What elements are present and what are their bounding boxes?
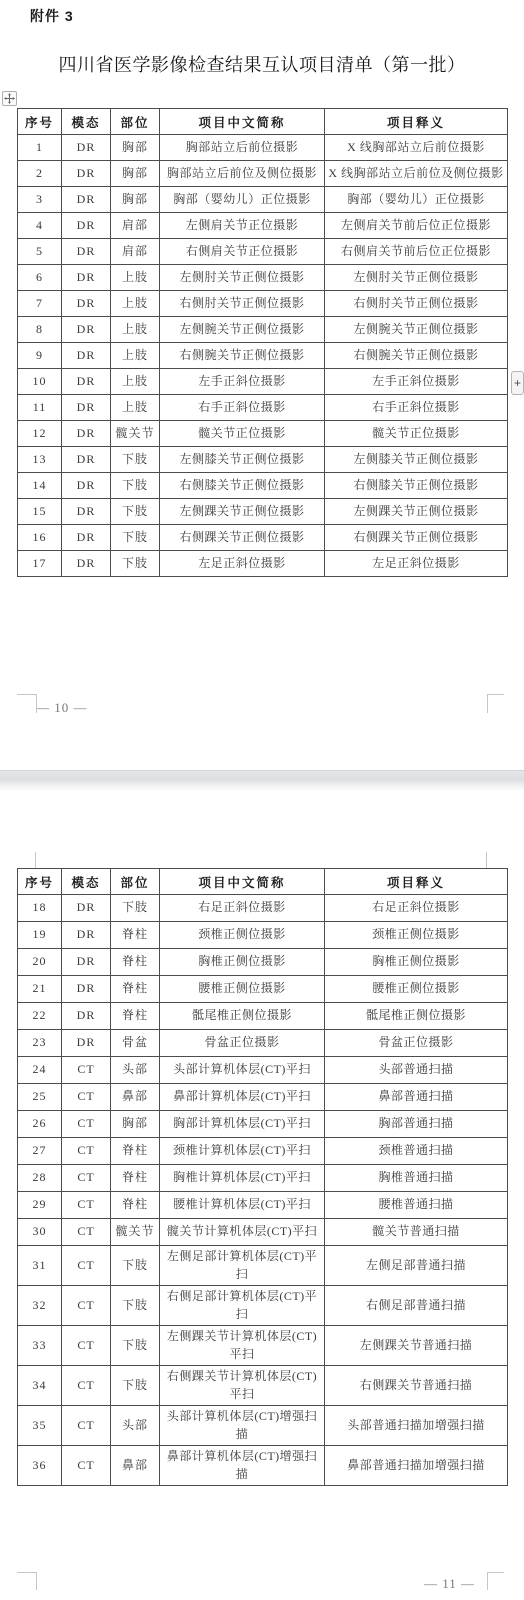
table-row: 33CT下肢左侧踝关节计算机体层(CT)平扫左侧踝关节普通扫描 bbox=[18, 1326, 508, 1366]
table-cell: 右侧腕关节正侧位摄影 bbox=[325, 343, 508, 369]
table-cell: 骨盆正位摄影 bbox=[325, 1030, 508, 1057]
table-cell: 鼻部计算机体层(CT)平扫 bbox=[160, 1084, 325, 1111]
table-row: 15DR下肢左侧踝关节正侧位摄影左侧踝关节正侧位摄影 bbox=[18, 499, 508, 525]
table-cell: 脊柱 bbox=[111, 1165, 160, 1192]
table-cell: 鼻部普通扫描加增强扫描 bbox=[325, 1446, 508, 1486]
table-cell: 右手正斜位摄影 bbox=[160, 395, 325, 421]
table-cell: DR bbox=[62, 976, 111, 1003]
table-cell: 腰椎正侧位摄影 bbox=[325, 976, 508, 1003]
column-header-bodypart: 部位 bbox=[111, 109, 160, 135]
table-cell: 鼻部普通扫描 bbox=[325, 1084, 508, 1111]
table-cell: 24 bbox=[18, 1057, 62, 1084]
table-cell: 3 bbox=[18, 187, 62, 213]
table-cell: 左侧踝关节正侧位摄影 bbox=[325, 499, 508, 525]
table-cell: CT bbox=[62, 1406, 111, 1446]
table-cell: DR bbox=[62, 265, 111, 291]
table-cell: 髋关节普通扫描 bbox=[325, 1219, 508, 1246]
table-cell: 15 bbox=[18, 499, 62, 525]
table-row: 32CT下肢右侧足部计算机体层(CT)平扫右侧足部普通扫描 bbox=[18, 1286, 508, 1326]
table-cell: 下肢 bbox=[111, 473, 160, 499]
table-cell: CT bbox=[62, 1246, 111, 1286]
table-cell: 上肢 bbox=[111, 317, 160, 343]
table-cell: 髋关节正位摄影 bbox=[325, 421, 508, 447]
table-cell: 16 bbox=[18, 525, 62, 551]
table-row: 20DR脊柱胸椎正侧位摄影胸椎正侧位摄影 bbox=[18, 949, 508, 976]
table-cell: 脊柱 bbox=[111, 949, 160, 976]
table-row: 4DR肩部左侧肩关节正位摄影左侧肩关节前后位正位摄影 bbox=[18, 213, 508, 239]
table-move-handle[interactable] bbox=[2, 91, 17, 106]
table-row: 25CT鼻部鼻部计算机体层(CT)平扫鼻部普通扫描 bbox=[18, 1084, 508, 1111]
table-cell: CT bbox=[62, 1084, 111, 1111]
table-cell: 头部计算机体层(CT)增强扫描 bbox=[160, 1406, 325, 1446]
table-cell: 右侧肩关节正位摄影 bbox=[160, 239, 325, 265]
table-cell: CT bbox=[62, 1165, 111, 1192]
table-cell: 9 bbox=[18, 343, 62, 369]
table-cell: 胸部计算机体层(CT)平扫 bbox=[160, 1111, 325, 1138]
table-row: 13DR下肢左侧膝关节正侧位摄影左侧膝关节正侧位摄影 bbox=[18, 447, 508, 473]
table-row: 10DR上肢左手正斜位摄影左手正斜位摄影 bbox=[18, 369, 508, 395]
table-row: 27CT脊柱颈椎计算机体层(CT)平扫颈椎普通扫描 bbox=[18, 1138, 508, 1165]
table-cell: 右侧肘关节正侧位摄影 bbox=[160, 291, 325, 317]
table-cell: 11 bbox=[18, 395, 62, 421]
table-cell: 下肢 bbox=[111, 1366, 160, 1406]
table-cell: 左侧踝关节计算机体层(CT)平扫 bbox=[160, 1326, 325, 1366]
table-cell: 右侧膝关节正侧位摄影 bbox=[325, 473, 508, 499]
table-cell: 21 bbox=[18, 976, 62, 1003]
table-cell: DR bbox=[62, 161, 111, 187]
table-cell: 肩部 bbox=[111, 239, 160, 265]
table-cell: 颈椎正侧位摄影 bbox=[325, 922, 508, 949]
table-cell: 胸部站立后前位及侧位摄影 bbox=[160, 161, 325, 187]
column-header-definition: 项目释义 bbox=[325, 109, 508, 135]
table-cell: 4 bbox=[18, 213, 62, 239]
table-cell: 脊柱 bbox=[111, 1003, 160, 1030]
table-header-row: 序号 模态 部位 项目中文简称 项目释义 bbox=[18, 109, 508, 135]
table-row: 11DR上肢右手正斜位摄影右手正斜位摄影 bbox=[18, 395, 508, 421]
table-row: 31CT下肢左侧足部计算机体层(CT)平扫左侧足部普通扫描 bbox=[18, 1246, 508, 1286]
table-cell: 12 bbox=[18, 421, 62, 447]
table-cell: 13 bbox=[18, 447, 62, 473]
table-cell: 下肢 bbox=[111, 499, 160, 525]
table-cell: 胸部 bbox=[111, 187, 160, 213]
table-cell: 脊柱 bbox=[111, 1192, 160, 1219]
table-cell: DR bbox=[62, 499, 111, 525]
table-cell: 右侧腕关节正侧位摄影 bbox=[160, 343, 325, 369]
table-cell: 下肢 bbox=[111, 551, 160, 577]
table-cell: 左侧肘关节正侧位摄影 bbox=[325, 265, 508, 291]
table-cell: 左足正斜位摄影 bbox=[160, 551, 325, 577]
table-header-row: 序号 模态 部位 项目中文简称 项目释义 bbox=[18, 869, 508, 895]
table-cell: DR bbox=[62, 525, 111, 551]
table-cell: 头部计算机体层(CT)平扫 bbox=[160, 1057, 325, 1084]
table-cell: 右足正斜位摄影 bbox=[160, 895, 325, 922]
table-cell: 右侧足部普通扫描 bbox=[325, 1286, 508, 1326]
table-cell: 胸部 bbox=[111, 135, 160, 161]
table-cell: 胸部（婴幼儿）正位摄影 bbox=[325, 187, 508, 213]
table-cell: DR bbox=[62, 343, 111, 369]
table-cell: 左足正斜位摄影 bbox=[325, 551, 508, 577]
table-cell: 骨盆 bbox=[111, 1030, 160, 1057]
table-cell: DR bbox=[62, 551, 111, 577]
column-header-short-name: 项目中文简称 bbox=[160, 869, 325, 895]
table-cell: 胸椎计算机体层(CT)平扫 bbox=[160, 1165, 325, 1192]
table-cell: 29 bbox=[18, 1192, 62, 1219]
table-cell: 鼻部 bbox=[111, 1084, 160, 1111]
expand-button[interactable]: + bbox=[511, 371, 524, 395]
table-cell: 鼻部 bbox=[111, 1446, 160, 1486]
table-cell: 上肢 bbox=[111, 395, 160, 421]
table-cell: DR bbox=[62, 421, 111, 447]
column-header-definition: 项目释义 bbox=[325, 869, 508, 895]
table-row: 1DR胸部胸部站立后前位摄影X 线胸部站立后前位摄影 bbox=[18, 135, 508, 161]
table-cell: 左侧腕关节正侧位摄影 bbox=[325, 317, 508, 343]
table-cell: 22 bbox=[18, 1003, 62, 1030]
table-cell: 左侧肘关节正侧位摄影 bbox=[160, 265, 325, 291]
table-cell: 10 bbox=[18, 369, 62, 395]
table-cell: 右侧足部计算机体层(CT)平扫 bbox=[160, 1286, 325, 1326]
table-cell: 左侧踝关节普通扫描 bbox=[325, 1326, 508, 1366]
table-cell: 23 bbox=[18, 1030, 62, 1057]
table-cell: 骶尾椎正侧位摄影 bbox=[325, 1003, 508, 1030]
table-cell: 髋关节 bbox=[111, 1219, 160, 1246]
table-cell: DR bbox=[62, 187, 111, 213]
document-title: 四川省医学影像检查结果互认项目清单（第一批） bbox=[0, 51, 524, 77]
table-cell: 左侧足部普通扫描 bbox=[325, 1246, 508, 1286]
table-cell: 髋关节计算机体层(CT)平扫 bbox=[160, 1219, 325, 1246]
table-cell: 8 bbox=[18, 317, 62, 343]
table-row: 8DR上肢左侧腕关节正侧位摄影左侧腕关节正侧位摄影 bbox=[18, 317, 508, 343]
table-cell: 颈椎正侧位摄影 bbox=[160, 922, 325, 949]
move-arrows-icon bbox=[4, 93, 15, 104]
text-boundary-mark bbox=[486, 852, 487, 868]
table-cell: 胸部 bbox=[111, 1111, 160, 1138]
table-cell: 右侧肩关节前后位正位摄影 bbox=[325, 239, 508, 265]
table-cell: 肩部 bbox=[111, 213, 160, 239]
table-cell: 28 bbox=[18, 1165, 62, 1192]
table-cell: 31 bbox=[18, 1246, 62, 1286]
table-cell: 颈椎计算机体层(CT)平扫 bbox=[160, 1138, 325, 1165]
table-cell: 右侧膝关节正侧位摄影 bbox=[160, 473, 325, 499]
table-cell: CT bbox=[62, 1326, 111, 1366]
table-row: 36CT鼻部鼻部计算机体层(CT)增强扫描鼻部普通扫描加增强扫描 bbox=[18, 1446, 508, 1486]
table-cell: 左侧肩关节前后位正位摄影 bbox=[325, 213, 508, 239]
table-row: 19DR脊柱颈椎正侧位摄影颈椎正侧位摄影 bbox=[18, 922, 508, 949]
table-cell: 胸椎正侧位摄影 bbox=[325, 949, 508, 976]
table-cell: 右侧踝关节正侧位摄影 bbox=[160, 525, 325, 551]
table-cell: 颈椎普通扫描 bbox=[325, 1138, 508, 1165]
table-cell: 2 bbox=[18, 161, 62, 187]
table-cell: 髋关节 bbox=[111, 421, 160, 447]
table-cell: 右侧踝关节正侧位摄影 bbox=[325, 525, 508, 551]
table-cell: 25 bbox=[18, 1084, 62, 1111]
page-separator bbox=[0, 770, 524, 792]
table-row: 26CT胸部胸部计算机体层(CT)平扫胸部普通扫描 bbox=[18, 1111, 508, 1138]
table-row: 29CT脊柱腰椎计算机体层(CT)平扫腰椎普通扫描 bbox=[18, 1192, 508, 1219]
table-cell: CT bbox=[62, 1192, 111, 1219]
table-cell: 左手正斜位摄影 bbox=[160, 369, 325, 395]
table-row: 23DR骨盆骨盆正位摄影骨盆正位摄影 bbox=[18, 1030, 508, 1057]
table-cell: 胸椎正侧位摄影 bbox=[160, 949, 325, 976]
table-row: 9DR上肢右侧腕关节正侧位摄影右侧腕关节正侧位摄影 bbox=[18, 343, 508, 369]
table-cell: 19 bbox=[18, 922, 62, 949]
table-cell: 上肢 bbox=[111, 369, 160, 395]
table-cell: DR bbox=[62, 922, 111, 949]
table-cell: DR bbox=[62, 369, 111, 395]
table-cell: 左侧腕关节正侧位摄影 bbox=[160, 317, 325, 343]
table-cell: 头部普通扫描加增强扫描 bbox=[325, 1406, 508, 1446]
table-cell: 30 bbox=[18, 1219, 62, 1246]
table-cell: 18 bbox=[18, 895, 62, 922]
table-cell: 20 bbox=[18, 949, 62, 976]
table-cell: 左侧足部计算机体层(CT)平扫 bbox=[160, 1246, 325, 1286]
table-row: 21DR脊柱腰椎正侧位摄影腰椎正侧位摄影 bbox=[18, 976, 508, 1003]
table-cell: 右侧踝关节普通扫描 bbox=[325, 1366, 508, 1406]
text-boundary-mark bbox=[17, 694, 37, 713]
attachment-label: 附件 3 bbox=[30, 6, 74, 26]
table-cell: 下肢 bbox=[111, 895, 160, 922]
table-cell: 脊柱 bbox=[111, 976, 160, 1003]
table-cell: 头部 bbox=[111, 1406, 160, 1446]
table-cell: DR bbox=[62, 213, 111, 239]
table-cell: 1 bbox=[18, 135, 62, 161]
table-row: 3DR胸部胸部（婴幼儿）正位摄影胸部（婴幼儿）正位摄影 bbox=[18, 187, 508, 213]
table-cell: CT bbox=[62, 1366, 111, 1406]
table-cell: 右侧肘关节正侧位摄影 bbox=[325, 291, 508, 317]
table-cell: DR bbox=[62, 473, 111, 499]
table-cell: DR bbox=[62, 447, 111, 473]
table-cell: DR bbox=[62, 135, 111, 161]
table-cell: 下肢 bbox=[111, 1246, 160, 1286]
table-row: 16DR下肢右侧踝关节正侧位摄影右侧踝关节正侧位摄影 bbox=[18, 525, 508, 551]
table-cell: 右手正斜位摄影 bbox=[325, 395, 508, 421]
table-cell: 脊柱 bbox=[111, 1138, 160, 1165]
table-cell: 34 bbox=[18, 1366, 62, 1406]
table-cell: 脊柱 bbox=[111, 922, 160, 949]
table-cell: 腰椎计算机体层(CT)平扫 bbox=[160, 1192, 325, 1219]
table-cell: 右足正斜位摄影 bbox=[325, 895, 508, 922]
table-cell: 7 bbox=[18, 291, 62, 317]
table-cell: 26 bbox=[18, 1111, 62, 1138]
column-header-index: 序号 bbox=[18, 109, 62, 135]
table-cell: 36 bbox=[18, 1446, 62, 1486]
table-cell: 髋关节正位摄影 bbox=[160, 421, 325, 447]
table-cell: X 线胸部站立后前位摄影 bbox=[325, 135, 508, 161]
table-row: 30CT髋关节髋关节计算机体层(CT)平扫髋关节普通扫描 bbox=[18, 1219, 508, 1246]
column-header-index: 序号 bbox=[18, 869, 62, 895]
table-cell: DR bbox=[62, 1030, 111, 1057]
table-row: 6DR上肢左侧肘关节正侧位摄影左侧肘关节正侧位摄影 bbox=[18, 265, 508, 291]
table-cell: 下肢 bbox=[111, 447, 160, 473]
table-cell: 左侧膝关节正侧位摄影 bbox=[160, 447, 325, 473]
table-cell: DR bbox=[62, 949, 111, 976]
table-cell: 下肢 bbox=[111, 525, 160, 551]
table-cell: DR bbox=[62, 291, 111, 317]
table-cell: 左侧踝关节正侧位摄影 bbox=[160, 499, 325, 525]
table-row: 2DR胸部胸部站立后前位及侧位摄影X 线胸部站立后前位及侧位摄影 bbox=[18, 161, 508, 187]
table-cell: CT bbox=[62, 1057, 111, 1084]
table-cell: 胸部站立后前位摄影 bbox=[160, 135, 325, 161]
column-header-short-name: 项目中文简称 bbox=[160, 109, 325, 135]
table-cell: 33 bbox=[18, 1326, 62, 1366]
text-boundary-mark bbox=[35, 852, 36, 868]
text-boundary-mark bbox=[17, 1572, 37, 1590]
text-boundary-mark bbox=[487, 1572, 504, 1590]
table-row: 7DR上肢右侧肘关节正侧位摄影右侧肘关节正侧位摄影 bbox=[18, 291, 508, 317]
table-cell: 5 bbox=[18, 239, 62, 265]
table-cell: 上肢 bbox=[111, 343, 160, 369]
table-row: 24CT头部头部计算机体层(CT)平扫头部普通扫描 bbox=[18, 1057, 508, 1084]
column-header-bodypart: 部位 bbox=[111, 869, 160, 895]
table-cell: 17 bbox=[18, 551, 62, 577]
table-row: 5DR肩部右侧肩关节正位摄影右侧肩关节前后位正位摄影 bbox=[18, 239, 508, 265]
table-cell: DR bbox=[62, 895, 111, 922]
table-row: 28CT脊柱胸椎计算机体层(CT)平扫胸椎普通扫描 bbox=[18, 1165, 508, 1192]
table-cell: 胸部普通扫描 bbox=[325, 1111, 508, 1138]
table-cell: 左手正斜位摄影 bbox=[325, 369, 508, 395]
table-cell: 上肢 bbox=[111, 265, 160, 291]
table-cell: DR bbox=[62, 1003, 111, 1030]
table-cell: DR bbox=[62, 317, 111, 343]
table-cell: 骶尾椎正侧位摄影 bbox=[160, 1003, 325, 1030]
table-row: 18DR下肢右足正斜位摄影右足正斜位摄影 bbox=[18, 895, 508, 922]
table-cell: 右侧踝关节计算机体层(CT)平扫 bbox=[160, 1366, 325, 1406]
document-viewer: { "document": { "attachment_label": "附件 … bbox=[0, 0, 524, 1600]
table-row: 12DR髋关节髋关节正位摄影髋关节正位摄影 bbox=[18, 421, 508, 447]
table-cell: CT bbox=[62, 1219, 111, 1246]
table-cell: CT bbox=[62, 1111, 111, 1138]
table-cell: 32 bbox=[18, 1286, 62, 1326]
table-cell: 胸椎普通扫描 bbox=[325, 1165, 508, 1192]
table-cell: 下肢 bbox=[111, 1286, 160, 1326]
project-table-page2: 序号 模态 部位 项目中文简称 项目释义 18DR下肢右足正斜位摄影右足正斜位摄… bbox=[17, 868, 508, 1486]
table-cell: DR bbox=[62, 395, 111, 421]
table-cell: CT bbox=[62, 1138, 111, 1165]
table-cell: 上肢 bbox=[111, 291, 160, 317]
table-cell: 27 bbox=[18, 1138, 62, 1165]
page-number-footer: — 11 — bbox=[424, 1576, 475, 1592]
column-header-modality: 模态 bbox=[62, 109, 111, 135]
table-cell: CT bbox=[62, 1286, 111, 1326]
text-boundary-mark bbox=[487, 694, 504, 713]
table-cell: 35 bbox=[18, 1406, 62, 1446]
page-number-footer: — 10 — bbox=[36, 700, 88, 716]
project-table-page1: 序号 模态 部位 项目中文简称 项目释义 1DR胸部胸部站立后前位摄影X 线胸部… bbox=[17, 108, 508, 577]
table-cell: 头部 bbox=[111, 1057, 160, 1084]
table-cell: 左侧肩关节正位摄影 bbox=[160, 213, 325, 239]
table-cell: 14 bbox=[18, 473, 62, 499]
table-cell: 骨盆正位摄影 bbox=[160, 1030, 325, 1057]
table-row: 22DR脊柱骶尾椎正侧位摄影骶尾椎正侧位摄影 bbox=[18, 1003, 508, 1030]
table-cell: 腰椎正侧位摄影 bbox=[160, 976, 325, 1003]
table-cell: 左侧膝关节正侧位摄影 bbox=[325, 447, 508, 473]
table-cell: 胸部 bbox=[111, 161, 160, 187]
table-row: 14DR下肢右侧膝关节正侧位摄影右侧膝关节正侧位摄影 bbox=[18, 473, 508, 499]
table-cell: 6 bbox=[18, 265, 62, 291]
table-cell: 头部普通扫描 bbox=[325, 1057, 508, 1084]
table-cell: 胸部（婴幼儿）正位摄影 bbox=[160, 187, 325, 213]
table-cell: 鼻部计算机体层(CT)增强扫描 bbox=[160, 1446, 325, 1486]
table-cell: CT bbox=[62, 1446, 111, 1486]
table-cell: DR bbox=[62, 239, 111, 265]
table-row: 17DR下肢左足正斜位摄影左足正斜位摄影 bbox=[18, 551, 508, 577]
table-row: 34CT下肢右侧踝关节计算机体层(CT)平扫右侧踝关节普通扫描 bbox=[18, 1366, 508, 1406]
table-row: 35CT头部头部计算机体层(CT)增强扫描头部普通扫描加增强扫描 bbox=[18, 1406, 508, 1446]
table-cell: 下肢 bbox=[111, 1326, 160, 1366]
table-cell: X 线胸部站立后前位及侧位摄影 bbox=[325, 161, 508, 187]
column-header-modality: 模态 bbox=[62, 869, 111, 895]
table-cell: 腰椎普通扫描 bbox=[325, 1192, 508, 1219]
